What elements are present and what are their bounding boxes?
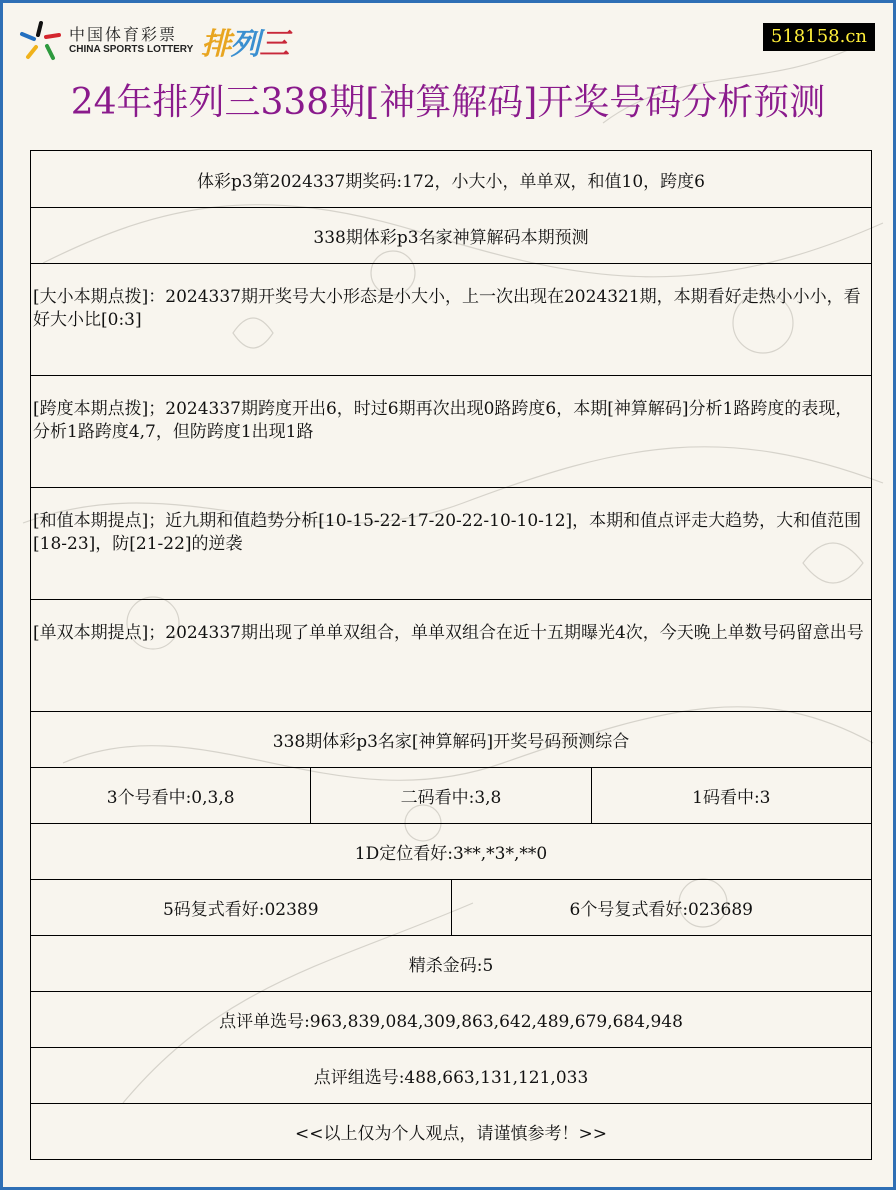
analysis-span: [跨度本期点拨]；2024337期跨度开出6，时过6期再次出现0路跨度6，本期[…	[31, 376, 871, 487]
disclaimer: <<以上仅为个人观点，请谨慎参考！>>	[31, 1104, 871, 1159]
pick-one-number: 1码看中:3	[591, 768, 871, 823]
china-sports-lottery-logo: 中国体育彩票 CHINA SPORTS LOTTERY 排列三	[19, 19, 288, 63]
prediction-table: 体彩p3第2024337期奖码:172，小大小，单单双，和值10，跨度6 338…	[30, 150, 872, 1160]
game-char-1: 排	[201, 27, 230, 62]
game-char-2: 列	[230, 27, 259, 62]
page-title: 24年排列三338期[神算解码]开奖号码分析预测	[3, 77, 893, 129]
single-picks-row: 点评单选号:963,839,084,309,863,642,489,679,68…	[31, 991, 871, 1047]
page-header: 中国体育彩票 CHINA SPORTS LOTTERY 排列三 518158.c…	[3, 3, 893, 75]
last-draw-result: 体彩p3第2024337期奖码:172，小大小，单单双，和值10，跨度6	[31, 151, 871, 207]
compound-six: 6个号复式看好:023689	[451, 880, 872, 935]
kill-code: 精杀金码:5	[31, 936, 871, 991]
page-frame: 中国体育彩票 CHINA SPORTS LOTTERY 排列三 518158.c…	[3, 3, 893, 1187]
analysis-sum: [和值本期提点]；近九期和值趋势分析[10-15-22-17-20-22-10-…	[31, 488, 871, 599]
single-picks: 点评单选号:963,839,084,309,863,642,489,679,68…	[31, 992, 871, 1047]
analysis-row-sum: [和值本期提点]；近九期和值趋势分析[10-15-22-17-20-22-10-…	[31, 487, 871, 599]
compound-five: 5码复式看好:02389	[31, 880, 451, 935]
site-domain-badge: 518158.cn	[763, 23, 875, 51]
logo-english-name: CHINA SPORTS LOTTERY	[69, 44, 193, 56]
group-picks: 点评组选号:488,663,131,121,033	[31, 1048, 871, 1103]
compound-row: 5码复式看好:02389 6个号复式看好:023689	[31, 879, 871, 935]
disclaimer-row: <<以上仅为个人观点，请谨慎参考！>>	[31, 1103, 871, 1159]
picks-row: 3个号看中:0,3,8 二码看中:3,8 1码看中:3	[31, 767, 871, 823]
lottery-star-icon	[19, 19, 63, 63]
game-name-logo: 排列三	[201, 19, 288, 63]
section-title: 338期体彩p3名家神算解码本期预测	[31, 208, 871, 263]
last-draw-row: 体彩p3第2024337期奖码:172，小大小，单单双，和值10，跨度6	[31, 151, 871, 207]
analysis-size: [大小本期点拨]：2024337期开奖号大小形态是小大小，上一次出现在20243…	[31, 264, 871, 375]
summary-title: 338期体彩p3名家[神算解码]开奖号码预测综合	[31, 712, 871, 767]
section-title-row: 338期体彩p3名家神算解码本期预测	[31, 207, 871, 263]
kill-code-row: 精杀金码:5	[31, 935, 871, 991]
pick-three-numbers: 3个号看中:0,3,8	[31, 768, 310, 823]
summary-title-row: 338期体彩p3名家[神算解码]开奖号码预测综合	[31, 711, 871, 767]
position-1d-row: 1D定位看好:3**,*3*,**0	[31, 823, 871, 879]
group-picks-row: 点评组选号:488,663,131,121,033	[31, 1047, 871, 1103]
analysis-size-text: [大小本期点拨]：2024337期开奖号大小形态是小大小，上一次出现在20243…	[33, 264, 869, 332]
logo-chinese-name: 中国体育彩票	[69, 26, 193, 44]
analysis-sum-text: [和值本期提点]；近九期和值趋势分析[10-15-22-17-20-22-10-…	[33, 488, 869, 556]
game-char-3: 三	[259, 27, 288, 62]
analysis-row-span: [跨度本期点拨]；2024337期跨度开出6，时过6期再次出现0路跨度6，本期[…	[31, 375, 871, 487]
analysis-odd-even: [单双本期提点]；2024337期出现了单单双组合，单单双组合在近十五期曝光4次…	[31, 600, 871, 711]
analysis-odd-even-text: [单双本期提点]；2024337期出现了单单双组合，单单双组合在近十五期曝光4次…	[33, 600, 864, 645]
position-1d: 1D定位看好:3**,*3*,**0	[31, 824, 871, 879]
pick-two-numbers: 二码看中:3,8	[310, 768, 590, 823]
analysis-span-text: [跨度本期点拨]；2024337期跨度开出6，时过6期再次出现0路跨度6，本期[…	[33, 376, 869, 444]
analysis-row-odd-even: [单双本期提点]；2024337期出现了单单双组合，单单双组合在近十五期曝光4次…	[31, 599, 871, 711]
analysis-row-size: [大小本期点拨]：2024337期开奖号大小形态是小大小，上一次出现在20243…	[31, 263, 871, 375]
